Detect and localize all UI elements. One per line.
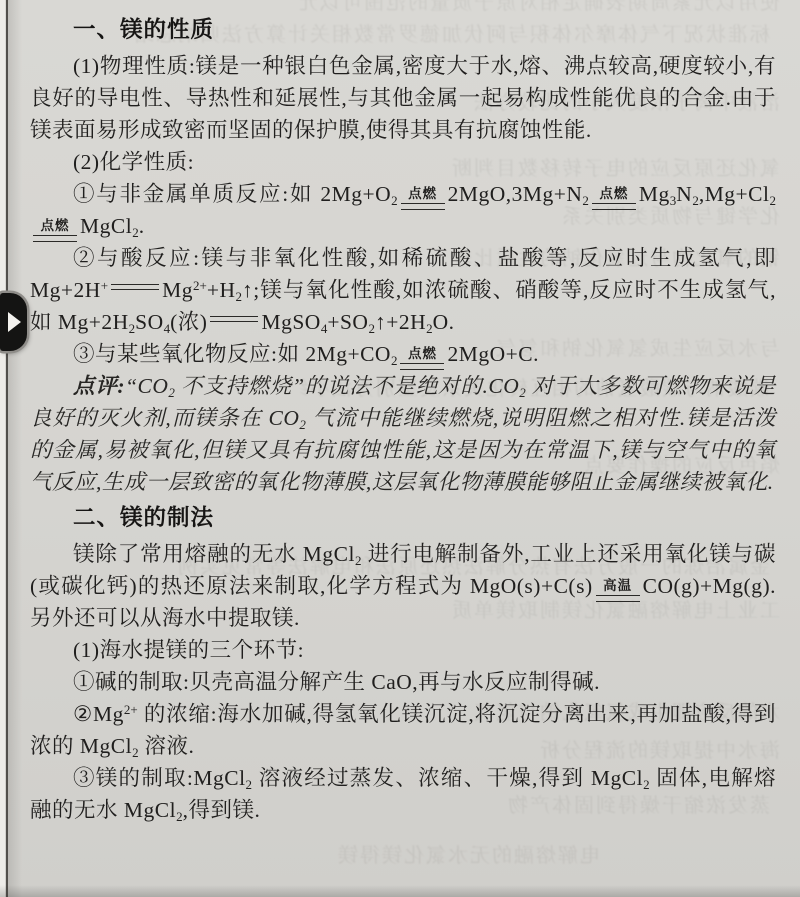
reaction-condition-equals: 高温 <box>596 579 640 602</box>
para-step-alkali: ①碱的制取:贝壳高温分解产生 CaO,再与水反应制得碱. <box>30 666 776 698</box>
para-step-concentration: ②Mg2+ 的浓缩:海水加碱,得氢氧化镁沉淀,将沉淀分离出来,再加盐酸,得到浓的… <box>30 698 776 762</box>
double-equals <box>111 284 159 291</box>
para-comment: 点评:“CO2 不支持燃烧”的说法不是绝对的.CO2 对于大多数可燃物来说是良好… <box>30 370 776 498</box>
double-equals <box>210 316 258 323</box>
heading-magnesium-preparation: 二、镁的制法 <box>30 502 776 534</box>
showthrough-text: 电解熔融的无水氯化镁得镁 <box>300 845 600 867</box>
para-chemical-properties-label: (2)化学性质: <box>30 146 776 178</box>
para-preparation-intro: 镁除了常用熔融的无水 MgCl2 进行电解制备外,工业上还采用氧化镁与碳(或碳化… <box>30 538 776 634</box>
page-binding-line <box>6 0 8 897</box>
page-edge-marker <box>0 293 27 351</box>
right-arrow-icon <box>8 312 21 332</box>
page-left-edge <box>0 0 5 897</box>
reaction-condition-equals: 点燃 <box>33 219 77 242</box>
page-bottom-shadow <box>0 885 800 897</box>
para-seawater-steps-label: (1)海水提镁的三个环节: <box>30 634 776 666</box>
para-reaction-with-nonmetals: ①与非金属单质反应:如 2Mg+O2点燃2MgO,3Mg+N2点燃Mg3N2,M… <box>30 178 776 242</box>
page-binding-shadow <box>8 0 22 897</box>
scanned-textbook-page: 使用以元素周期表确定相对原子质量的范围可以元标准状况下气体摩尔体积与阿伏加德罗常… <box>0 0 800 897</box>
para-reaction-with-acids: ②与酸反应:镁与非氧化性酸,如稀硫酸、盐酸等,反应时生成氢气,即 Mg+2H+M… <box>30 242 776 338</box>
para-step-electrolysis: ③镁的制取:MgCl2 溶液经过蒸发、浓缩、干燥,得到 MgCl2 固体,电解熔… <box>30 762 776 826</box>
page-content: 一、镁的性质(1)物理性质:镁是一种银白色金属,密度大于水,熔、沸点较高,硬度较… <box>30 10 776 826</box>
reaction-condition-equals: 点燃 <box>400 347 444 370</box>
para-physical-properties: (1)物理性质:镁是一种银白色金属,密度大于水,熔、沸点较高,硬度较小,有良好的… <box>30 50 776 146</box>
para-reaction-with-oxides: ③与某些氧化物反应:如 2Mg+CO2点燃2MgO+C. <box>30 338 776 370</box>
reaction-condition-equals: 点燃 <box>592 187 636 210</box>
heading-magnesium-properties: 一、镁的性质 <box>30 14 776 46</box>
reaction-condition-equals: 点燃 <box>401 187 445 210</box>
